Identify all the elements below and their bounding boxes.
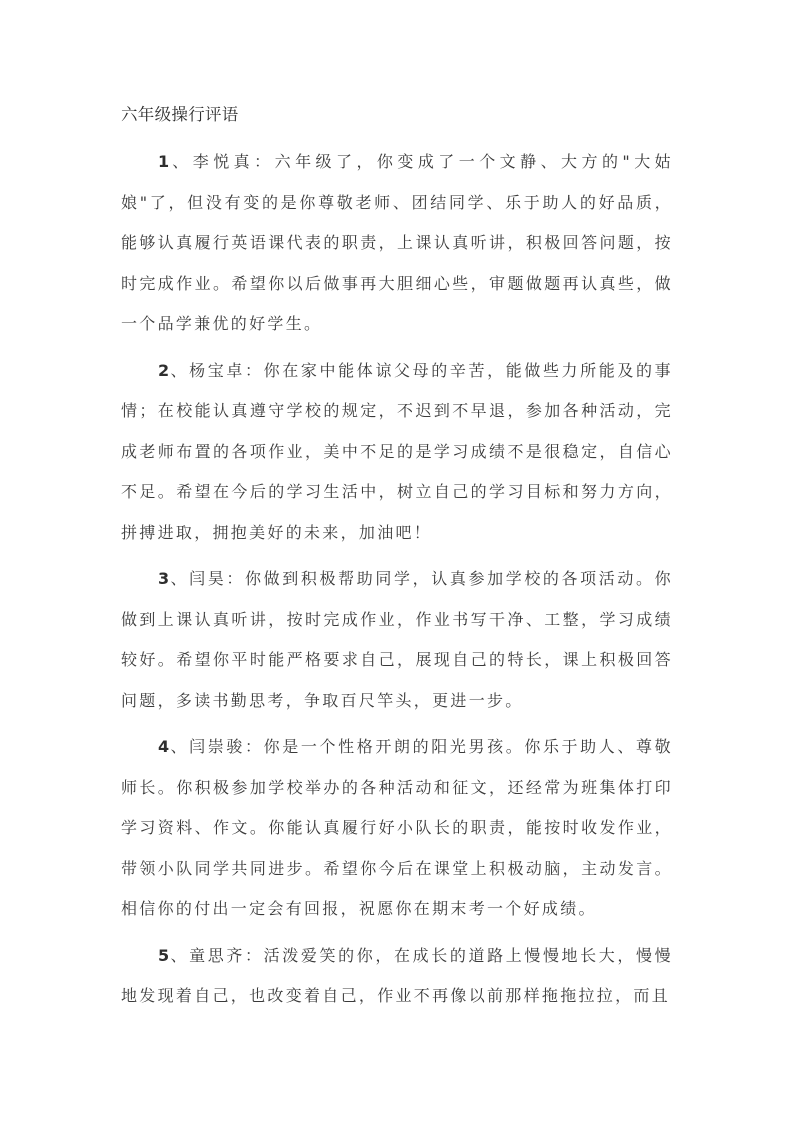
document-title: 六年级操行评语 [121, 100, 673, 130]
comment-colon: ： [245, 737, 264, 756]
comment-number: 4 [158, 737, 170, 756]
student-name: 童思齐 [189, 946, 245, 965]
comment-paragraph-5: 5、童思齐：活泼爱笑的你，在成长的道路上慢慢地长大，慢慢地发现着自己，也改变着自… [121, 936, 673, 1017]
comment-number: 2 [158, 361, 170, 380]
comment-separator: 、 [170, 946, 189, 965]
comment-number: 3 [158, 569, 170, 588]
comment-paragraph-4: 4、闫崇骏：你是一个性格开朗的阳光男孩。你乐于助人、尊敬师长。你积极参加学校举办… [121, 727, 673, 930]
comment-number: 5 [158, 946, 170, 965]
comment-paragraph-3: 3、闫昊：你做到积极帮助同学，认真参加学校的各项活动。你做到上课认真听讲，按时完… [121, 559, 673, 721]
student-name: 杨宝卓 [189, 361, 245, 380]
comment-colon: ： [245, 361, 264, 380]
comment-colon: ： [254, 152, 274, 171]
comment-paragraph-1: 1、李悦真：六年级了，你变成了一个文静、大方的"大姑娘"了，但没有变的是你尊敬老… [121, 142, 673, 345]
comment-paragraph-2: 2、杨宝卓：你在家中能体谅父母的辛苦，能做些力所能及的事情；在校能认真遵守学校的… [121, 351, 673, 554]
comment-separator: 、 [170, 569, 189, 588]
comment-text: 你是一个性格开朗的阳光男孩。你乐于助人、尊敬师长。你积极参加学校举办的各种活动和… [121, 737, 673, 918]
comment-separator: 、 [170, 152, 193, 171]
document-page: 六年级操行评语 1、李悦真：六年级了，你变成了一个文静、大方的"大姑娘"了，但没… [121, 100, 673, 1023]
comment-colon: ： [245, 946, 264, 965]
comment-text: 六年级了，你变成了一个文静、大方的"大姑娘"了，但没有变的是你尊敬老师、团结同学… [121, 152, 673, 333]
comment-text: 你在家中能体谅父母的辛苦，能做些力所能及的事情；在校能认真遵守学校的规定，不迟到… [121, 361, 673, 542]
comment-separator: 、 [170, 737, 189, 756]
comment-separator: 、 [170, 361, 189, 380]
student-name: 闫崇骏 [189, 737, 245, 756]
comment-text: 你做到积极帮助同学，认真参加学校的各项活动。你做到上课认真听讲，按时完成作业，作… [121, 569, 673, 710]
comment-number: 1 [158, 152, 170, 171]
comment-colon: ： [226, 569, 245, 588]
student-name: 李悦真 [193, 152, 254, 171]
student-name: 闫昊 [189, 569, 226, 588]
